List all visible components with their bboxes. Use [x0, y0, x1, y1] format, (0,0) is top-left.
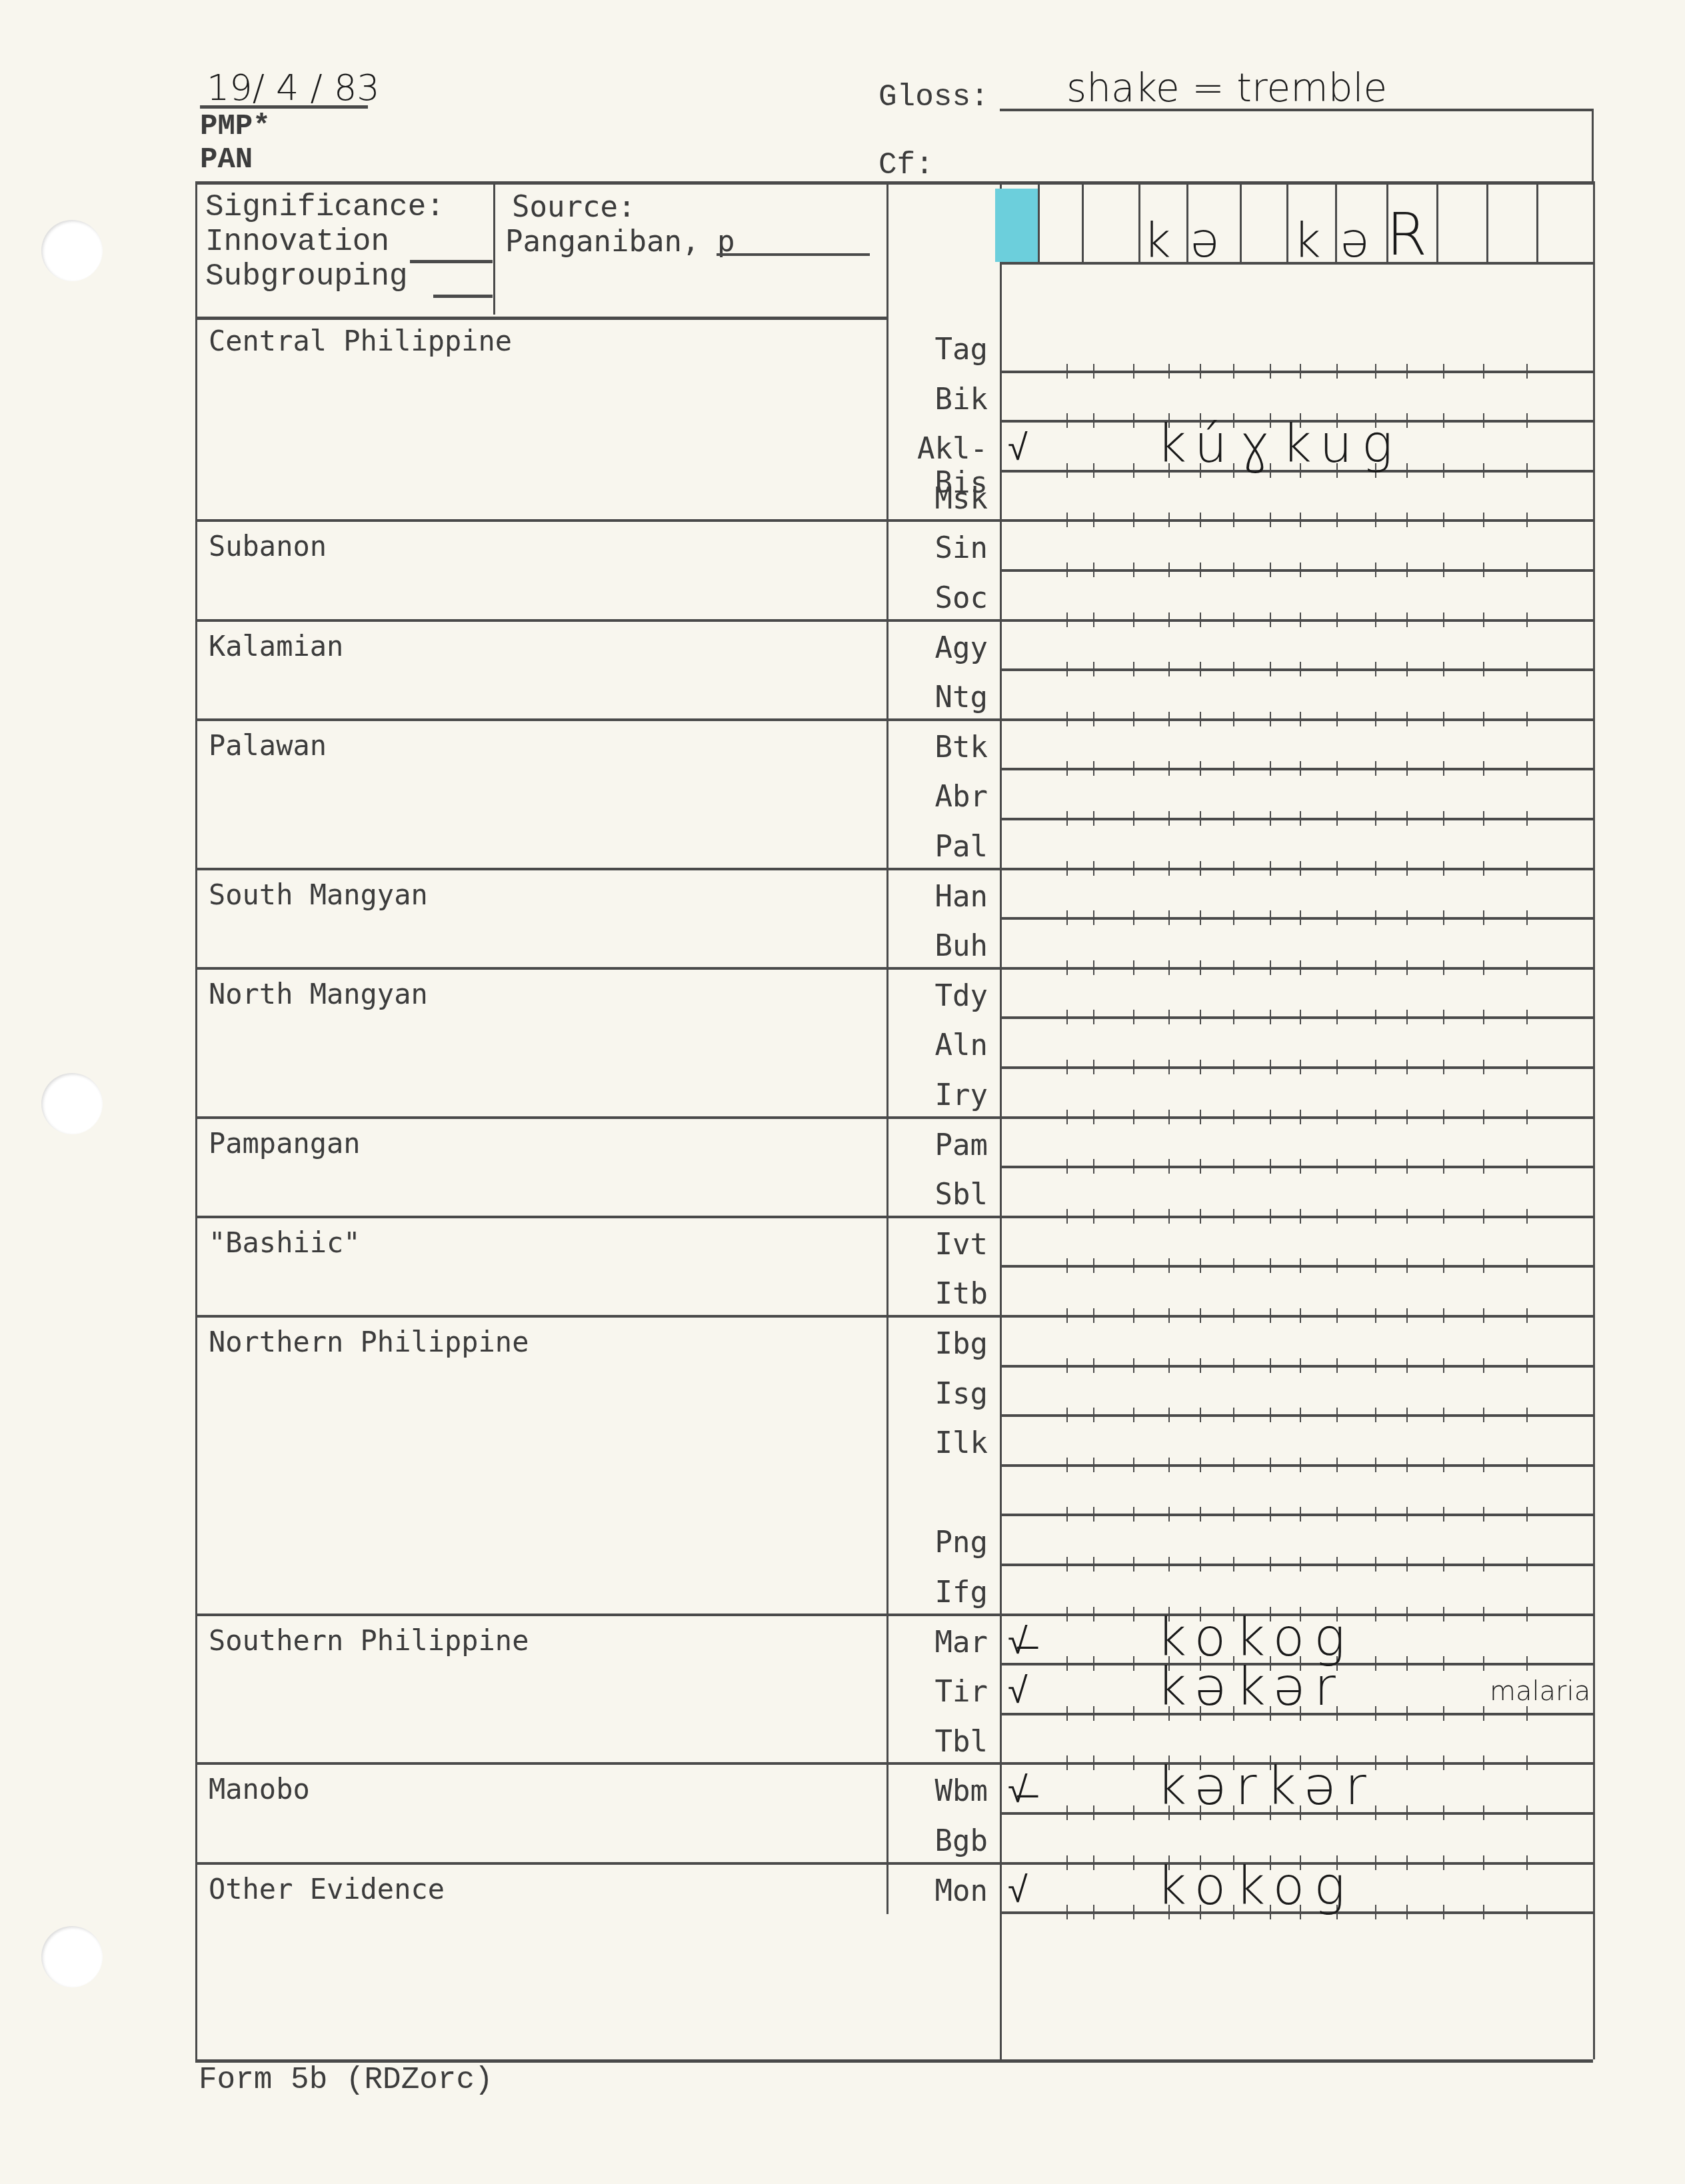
language-code: Ibg [886, 1327, 988, 1361]
language-code: Iry [886, 1078, 988, 1112]
language-code: Aln [886, 1028, 988, 1062]
tick-mark [1375, 910, 1376, 925]
header-bottom [195, 317, 886, 320]
tick-mark [1093, 513, 1094, 527]
tick-mark [1233, 662, 1234, 676]
tick-mark [1233, 910, 1234, 925]
tick-mark [1066, 1258, 1068, 1273]
tick-mark [1168, 612, 1170, 627]
entry-line [1000, 917, 1593, 920]
tick-mark [1336, 1110, 1338, 1124]
tick-mark [1443, 513, 1444, 527]
tick-mark [1300, 960, 1301, 975]
tick-mark [1336, 761, 1338, 776]
tick-mark [1066, 1358, 1068, 1373]
tick-mark [1526, 562, 1528, 577]
tick-mark [1168, 910, 1170, 925]
entry-line [1000, 668, 1593, 671]
tick-mark [1066, 712, 1068, 726]
pan-label: PAN [200, 143, 253, 177]
tick-mark [1443, 910, 1444, 925]
entry-line [1000, 1116, 1593, 1119]
tick-mark [1483, 463, 1484, 478]
tick-mark [1526, 861, 1528, 876]
tick-mark [1375, 513, 1376, 527]
tick-mark [1375, 364, 1376, 379]
tick-mark [1168, 1060, 1170, 1074]
tick-mark [1233, 960, 1234, 975]
reconstruction-cell-divider [1186, 181, 1188, 262]
tick-mark [1233, 811, 1234, 826]
tick-mark [1066, 1656, 1068, 1671]
group-divider [195, 1862, 1000, 1865]
language-code: Isg [886, 1377, 988, 1411]
reconstruction-cell-divider [1335, 181, 1337, 262]
punch-hole-middle [41, 1073, 103, 1134]
reconstruction-cell-divider [1082, 181, 1084, 262]
tick-mark [1406, 1706, 1408, 1721]
tick-mark [1300, 1308, 1301, 1323]
tick-mark [1406, 910, 1408, 925]
tick-mark [1200, 513, 1201, 527]
group-divider [195, 718, 1000, 721]
check-mark-icon: √̶ [1008, 1620, 1028, 1662]
tick-mark [1300, 811, 1301, 826]
tick-mark [1375, 1010, 1376, 1024]
tick-mark [1443, 1110, 1444, 1124]
tick-mark [1270, 1458, 1271, 1472]
tick-mark [1093, 1159, 1094, 1174]
tick-mark [1375, 1060, 1376, 1074]
tick-mark [1375, 1706, 1376, 1721]
language-code: Han [886, 880, 988, 914]
innovation-label: Innovation [205, 225, 445, 259]
tick-mark [1483, 1010, 1484, 1024]
tick-mark [1483, 513, 1484, 527]
tick-mark [1233, 1110, 1234, 1124]
source-box: Source: Panganiban, p [505, 190, 735, 259]
tick-mark [1483, 662, 1484, 676]
tick-mark [1443, 1905, 1444, 1919]
language-code: Ntg [886, 680, 988, 714]
tick-mark [1270, 1110, 1271, 1124]
reconstruction-cell-divider [1536, 181, 1538, 262]
entry-line [1000, 967, 1593, 970]
tick-mark [1526, 1408, 1528, 1422]
reconstruction-segment: ə [1190, 212, 1219, 268]
tick-mark [1526, 1607, 1528, 1622]
tick-mark [1443, 1706, 1444, 1721]
code-column-right [1000, 181, 1002, 2059]
language-code: Buh [886, 929, 988, 963]
tick-mark [1336, 1159, 1338, 1174]
tick-mark [1200, 1258, 1201, 1273]
tick-mark [1168, 1010, 1170, 1024]
language-code: Btk [886, 730, 988, 764]
tick-mark [1168, 1308, 1170, 1323]
tick-mark [1375, 1607, 1376, 1622]
tick-mark [1300, 1209, 1301, 1224]
tick-mark [1093, 811, 1094, 826]
tick-mark [1336, 1258, 1338, 1273]
tick-mark [1270, 1209, 1271, 1224]
tick-mark [1270, 364, 1271, 379]
tick-mark [1300, 1060, 1301, 1074]
tick-mark [1133, 861, 1134, 876]
subgrouping-label: Subgrouping [205, 259, 445, 294]
entry-line [1000, 868, 1593, 870]
tick-mark [1270, 1358, 1271, 1373]
tick-mark [1443, 1855, 1444, 1870]
significance-divider [493, 181, 495, 315]
tick-mark [1375, 811, 1376, 826]
tick-mark [1093, 1755, 1094, 1770]
tick-mark [1526, 1656, 1528, 1671]
tick-mark [1093, 413, 1094, 428]
tick-mark [1483, 1507, 1484, 1522]
group-label: Manobo [209, 1773, 310, 1805]
tick-mark [1233, 1258, 1234, 1273]
tick-mark [1406, 364, 1408, 379]
tick-mark [1443, 1458, 1444, 1472]
punch-hole-top [41, 220, 103, 281]
language-code: Soc [886, 581, 988, 615]
tick-mark [1066, 811, 1068, 826]
tick-mark [1406, 861, 1408, 876]
tick-mark [1270, 612, 1271, 627]
group-label: Other Evidence [209, 1873, 445, 1905]
tick-mark [1093, 1060, 1094, 1074]
tick-mark [1233, 364, 1234, 379]
tick-mark [1168, 712, 1170, 726]
check-mark-icon: √ [1008, 427, 1028, 469]
tick-mark [1066, 910, 1068, 925]
reconstruction-segment: ə [1340, 212, 1369, 268]
tick-mark [1093, 1308, 1094, 1323]
tick-mark [1133, 1855, 1134, 1870]
tick-mark [1406, 761, 1408, 776]
tick-mark [1406, 562, 1408, 577]
tick-mark [1233, 1209, 1234, 1224]
tick-mark [1483, 413, 1484, 428]
entry-line [1000, 1564, 1593, 1566]
tick-mark [1066, 1060, 1068, 1074]
frame-top [195, 181, 1593, 185]
tick-mark [1270, 1010, 1271, 1024]
tick-mark [1270, 1408, 1271, 1422]
tick-mark [1526, 811, 1528, 826]
tick-mark [1300, 364, 1301, 379]
reconstruction-segment: k [1143, 212, 1171, 268]
tick-mark [1093, 1110, 1094, 1124]
frame-left [195, 181, 197, 2059]
tick-mark [1483, 1408, 1484, 1422]
tick-mark [1526, 1458, 1528, 1472]
entry-line [1000, 1166, 1593, 1168]
entry-line [1000, 1265, 1593, 1268]
tick-mark [1233, 1458, 1234, 1472]
tick-mark [1133, 1755, 1134, 1770]
tick-mark [1443, 463, 1444, 478]
tick-mark [1066, 513, 1068, 527]
tick-mark [1336, 1358, 1338, 1373]
tick-mark [1233, 513, 1234, 527]
tick-mark [1093, 712, 1094, 726]
tick-mark [1336, 1209, 1338, 1224]
tick-mark [1526, 1060, 1528, 1074]
tick-mark [1483, 1060, 1484, 1074]
tick-mark [1406, 463, 1408, 478]
tick-mark [1300, 562, 1301, 577]
reconstruction-segment: R [1386, 200, 1427, 269]
entry-line [1000, 619, 1593, 622]
tick-mark [1270, 562, 1271, 577]
tick-mark [1483, 1805, 1484, 1820]
tick-mark [1406, 1507, 1408, 1522]
tick-mark [1270, 861, 1271, 876]
tick-mark [1270, 761, 1271, 776]
tick-mark [1483, 910, 1484, 925]
tick-mark [1483, 811, 1484, 826]
tick-mark [1375, 612, 1376, 627]
tick-mark [1233, 861, 1234, 876]
group-divider [195, 1116, 1000, 1119]
check-mark-icon: √ [1008, 1869, 1028, 1911]
tick-mark [1233, 1010, 1234, 1024]
tick-mark [1483, 861, 1484, 876]
tick-mark [1066, 761, 1068, 776]
tick-mark [1168, 1507, 1170, 1522]
tick-mark [1336, 811, 1338, 826]
tick-mark [1133, 1060, 1134, 1074]
language-code: Bgb [886, 1824, 988, 1858]
tick-mark [1093, 1656, 1094, 1671]
tick-mark [1443, 1507, 1444, 1522]
tick-mark [1406, 1308, 1408, 1323]
tick-mark [1168, 960, 1170, 975]
tick-mark [1443, 1258, 1444, 1273]
tick-mark [1093, 1855, 1094, 1870]
tick-mark [1300, 712, 1301, 726]
group-label: Central Philippine [209, 325, 512, 357]
tick-mark [1200, 712, 1201, 726]
tick-mark [1133, 562, 1134, 577]
language-code: Abr [886, 780, 988, 814]
subgrouping-blank[interactable] [433, 295, 493, 298]
tick-mark [1406, 1458, 1408, 1472]
tick-mark [1526, 1159, 1528, 1174]
tick-mark [1133, 1507, 1134, 1522]
entry-line [1000, 768, 1593, 770]
tick-mark [1200, 960, 1201, 975]
reconstruction-cell-divider [1436, 181, 1438, 262]
tick-mark [1270, 960, 1271, 975]
tick-mark [1066, 1706, 1068, 1721]
entry-line [1000, 1066, 1593, 1069]
tick-mark [1093, 910, 1094, 925]
tick-mark [1200, 861, 1201, 876]
tick-mark [1233, 1557, 1234, 1572]
language-code: Bik [886, 383, 988, 417]
tick-mark [1133, 463, 1134, 478]
tick-mark [1406, 811, 1408, 826]
tick-mark [1375, 1308, 1376, 1323]
tick-mark [1168, 513, 1170, 527]
tick-mark [1406, 1110, 1408, 1124]
tick-mark [1066, 364, 1068, 379]
tick-mark [1526, 1855, 1528, 1870]
tick-mark [1483, 1358, 1484, 1373]
entry-line [1000, 1315, 1593, 1318]
language-code: Itb [886, 1277, 988, 1311]
language-code: Tag [886, 333, 988, 367]
language-code: Pam [886, 1128, 988, 1162]
tick-mark [1336, 1557, 1338, 1572]
language-code: Msk [886, 482, 988, 516]
entry-line [1000, 818, 1593, 820]
tick-mark [1300, 1010, 1301, 1024]
tick-mark [1375, 861, 1376, 876]
tick-mark [1526, 1358, 1528, 1373]
group-divider [195, 519, 1000, 522]
tick-mark [1406, 1755, 1408, 1770]
tick-mark [1200, 1010, 1201, 1024]
tick-mark [1406, 1408, 1408, 1422]
tick-mark [1133, 1358, 1134, 1373]
tick-mark [1443, 364, 1444, 379]
tick-mark [1375, 1110, 1376, 1124]
tick-mark [1375, 1358, 1376, 1373]
entry-form: kokog [1156, 1857, 1354, 1917]
tick-mark [1133, 1010, 1134, 1024]
tick-mark [1336, 1408, 1338, 1422]
entry-form: kúɣkug [1156, 415, 1402, 475]
tick-mark [1526, 910, 1528, 925]
tick-mark [1443, 1557, 1444, 1572]
reconstruction-cell-divider [1138, 181, 1140, 262]
entry-line [1000, 519, 1593, 522]
tick-mark [1336, 562, 1338, 577]
tick-mark [1133, 1408, 1134, 1422]
tick-mark [1526, 1110, 1528, 1124]
tick-mark [1443, 712, 1444, 726]
tick-mark [1200, 612, 1201, 627]
tick-mark [1093, 1458, 1094, 1472]
tick-mark [1200, 761, 1201, 776]
tick-mark [1526, 712, 1528, 726]
tick-mark [1526, 1557, 1528, 1572]
tick-mark [1406, 1855, 1408, 1870]
tick-mark [1526, 1258, 1528, 1273]
tick-mark [1336, 960, 1338, 975]
tick-mark [1168, 1258, 1170, 1273]
tick-mark [1066, 1110, 1068, 1124]
group-divider [195, 967, 1000, 970]
tick-mark [1443, 612, 1444, 627]
tick-mark [1375, 1557, 1376, 1572]
group-divider [195, 619, 1000, 622]
tick-mark [1270, 1060, 1271, 1074]
tick-mark [1300, 861, 1301, 876]
tick-mark [1168, 1557, 1170, 1572]
tick-mark [1200, 1159, 1201, 1174]
tick-mark [1200, 1358, 1201, 1373]
tick-mark [1133, 960, 1134, 975]
tick-mark [1066, 1805, 1068, 1820]
tick-mark [1133, 1706, 1134, 1721]
tick-mark [1526, 960, 1528, 975]
group-label: Southern Philippine [209, 1624, 529, 1657]
tick-mark [1133, 612, 1134, 627]
tick-mark [1526, 612, 1528, 627]
tick-mark [1200, 1308, 1201, 1323]
tick-mark [1270, 1557, 1271, 1572]
tick-mark [1443, 1209, 1444, 1224]
tick-mark [1270, 513, 1271, 527]
group-divider [195, 1315, 1000, 1318]
group-label: "Bashiic" [209, 1226, 361, 1259]
tick-mark [1093, 1408, 1094, 1422]
tick-mark [1133, 1209, 1134, 1224]
tick-mark [1133, 910, 1134, 925]
frame-right [1593, 181, 1595, 2059]
innovation-blank[interactable] [410, 260, 493, 263]
group-label: Subanon [209, 530, 327, 562]
tick-mark [1375, 1507, 1376, 1522]
tick-mark [1200, 1060, 1201, 1074]
tick-mark [1066, 1557, 1068, 1572]
reconstruction-cell-divider [1038, 181, 1040, 262]
tick-mark [1168, 562, 1170, 577]
tick-mark [1133, 1656, 1134, 1671]
tick-mark [1483, 1905, 1484, 1919]
tick-mark [1066, 861, 1068, 876]
tick-mark [1093, 562, 1094, 577]
tick-mark [1526, 1905, 1528, 1919]
tick-mark [1233, 761, 1234, 776]
highlight-cell [995, 189, 1038, 262]
tick-mark [1270, 662, 1271, 676]
tick-mark [1270, 811, 1271, 826]
tick-mark [1375, 1458, 1376, 1472]
tick-mark [1066, 1607, 1068, 1622]
language-code: Sin [886, 531, 988, 565]
entry-line [1000, 1216, 1593, 1218]
reconstruction-segment: k [1293, 212, 1321, 268]
tick-mark [1406, 1358, 1408, 1373]
tick-mark [1406, 1805, 1408, 1820]
tick-mark [1066, 1755, 1068, 1770]
tick-mark [1375, 662, 1376, 676]
tick-mark [1483, 1855, 1484, 1870]
tick-mark [1483, 1458, 1484, 1472]
tick-mark [1406, 513, 1408, 527]
group-label: North Mangyan [209, 978, 428, 1010]
tick-mark [1336, 910, 1338, 925]
source-title: Source: [505, 190, 735, 225]
tick-mark [1406, 1060, 1408, 1074]
source-page-blank[interactable] [717, 253, 870, 256]
tick-mark [1300, 513, 1301, 527]
tick-mark [1526, 1805, 1528, 1820]
tick-mark [1300, 1557, 1301, 1572]
tick-mark [1133, 413, 1134, 428]
entry-note: malaria [1490, 1676, 1590, 1707]
tick-mark [1483, 1258, 1484, 1273]
language-code: Agy [886, 631, 988, 665]
tick-mark [1233, 1358, 1234, 1373]
tick-mark [1168, 1159, 1170, 1174]
